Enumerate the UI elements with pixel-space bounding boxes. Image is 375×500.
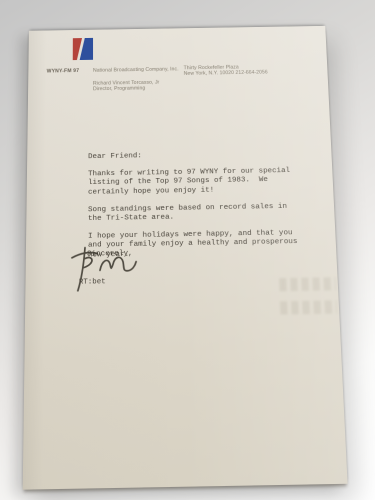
closing: Sincerely,	[87, 250, 133, 259]
letter-paper: WYNY-FM 97 National Broadcasting Company…	[23, 26, 348, 490]
letter-photo: WYNY-FM 97 National Broadcasting Company…	[0, 0, 375, 500]
contact-block: Richard Vincent Torcasso, Jr Director, P…	[93, 80, 160, 93]
station-callsign: WYNY-FM 97	[47, 68, 80, 74]
paragraph-2: Song standings were based on record sale…	[88, 202, 312, 224]
typist-initials: RT:bet	[79, 278, 106, 287]
company-name: National Broadcasting Company, Inc.	[93, 67, 179, 74]
address-block: Thirty Rockefeller Plaza New York, N.Y. …	[184, 64, 268, 77]
contact-title: Director, Programming	[93, 86, 160, 93]
nbc-n-logo	[72, 37, 94, 61]
address-line-2: New York, N.Y. 10020 212-664-2056	[184, 70, 268, 77]
salutation: Dear Friend:	[88, 150, 309, 163]
paragraph-1: Thanks for writing to 97 WYNY for our sp…	[88, 167, 311, 198]
show-through-marks	[279, 277, 338, 333]
